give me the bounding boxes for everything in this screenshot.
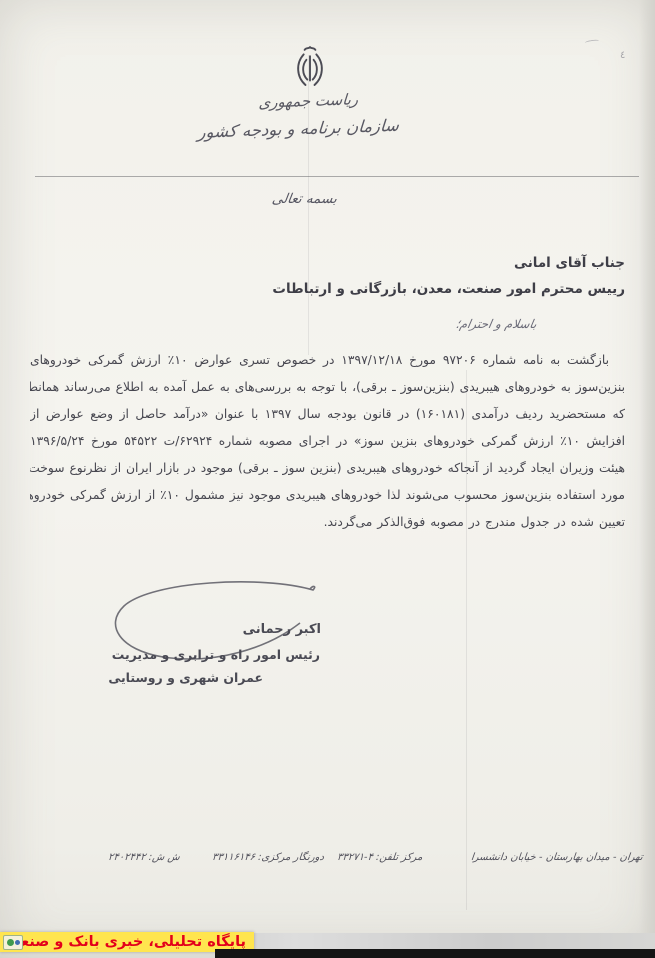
scan-edge-shadow <box>639 0 655 958</box>
logo-green-dot <box>7 939 14 946</box>
site-logo-icon <box>3 935 23 950</box>
body-line: که مستحضرید ردیف درآمدی (۱۶۰۱۸۱) در قانو… <box>30 401 625 428</box>
signer-name: اکبر رحمانی <box>243 622 321 637</box>
site-name-text: پایگاه تحلیلی، خبری بانک و صنعت <box>6 934 254 950</box>
handwritten-corner-mark: ٤ <box>620 50 625 61</box>
body-line: بازگشت به نامه شماره ۹۷۲۰۶ مورخ ۱۳۹۷/۱۲/… <box>30 347 625 374</box>
body-line: هیئت وزیران ایجاد گردید از آنجاکه خودروه… <box>30 455 625 482</box>
body-line: بنزین‌سوز به خودروهای هیبریدی (بنزین‌سوز… <box>30 374 625 401</box>
footer-address: تهران - میدان بهارستان - خیابان دانشسرا <box>471 852 644 863</box>
iran-emblem-icon <box>292 44 328 90</box>
signature-block: اکبر رحمانی رئیس امور راه و ترابری و مدی… <box>103 578 323 698</box>
bottom-black-bar <box>215 949 655 958</box>
salutation-text: باسلام و احترام؛ <box>455 317 538 331</box>
recipient-name: جناب آقای امانی <box>514 255 625 271</box>
letterhead-divider <box>35 176 639 177</box>
body-line: افزایش ۱۰٪ ارزش گمرکی خودروهای بنزین سوز… <box>30 428 625 455</box>
recipient-title: رییس محترم امور صنعت، معدن، بازرگانی و ا… <box>272 281 625 297</box>
footer-box-number: ش ش: ۲۴۰۲۴۴۲ <box>107 852 180 863</box>
bismillah-text: بسمه تعالی <box>271 191 338 207</box>
footer-phone: مرکز تلفن: ۴-۳۳۲۷۱ <box>336 852 423 863</box>
logo-blue-dot <box>15 940 20 945</box>
pen-scratch-mark <box>585 39 599 45</box>
body-line: مورد استفاده بنزین‌سوز محسوب می‌شوند لذا… <box>30 482 625 509</box>
scanned-letter-page: ریاست جمهوری سازمان برنامه و بودجه کشور … <box>0 0 655 958</box>
letterhead-republic-line: ریاست جمهوری <box>215 89 401 114</box>
letter-body: بازگشت به نامه شماره ۹۷۲۰۶ مورخ ۱۳۹۷/۱۲/… <box>30 347 625 536</box>
signer-title-line2: عمران شهری و روستایی <box>108 670 263 685</box>
letterhead-org-block: ریاست جمهوری سازمان برنامه و بودجه کشور <box>213 89 401 142</box>
signer-title-line1: رئیس امور راه و ترابری و مدیریت <box>112 647 320 662</box>
footer-fax: دورنگار مرکزی: ۳۳۱۱۶۱۴۶ <box>211 852 324 863</box>
letterhead-org-line: سازمان برنامه و بودجه کشور <box>213 116 399 142</box>
body-line: تعیین شده در جدول مندرج در مصوبه فوق‌الذ… <box>30 509 625 536</box>
